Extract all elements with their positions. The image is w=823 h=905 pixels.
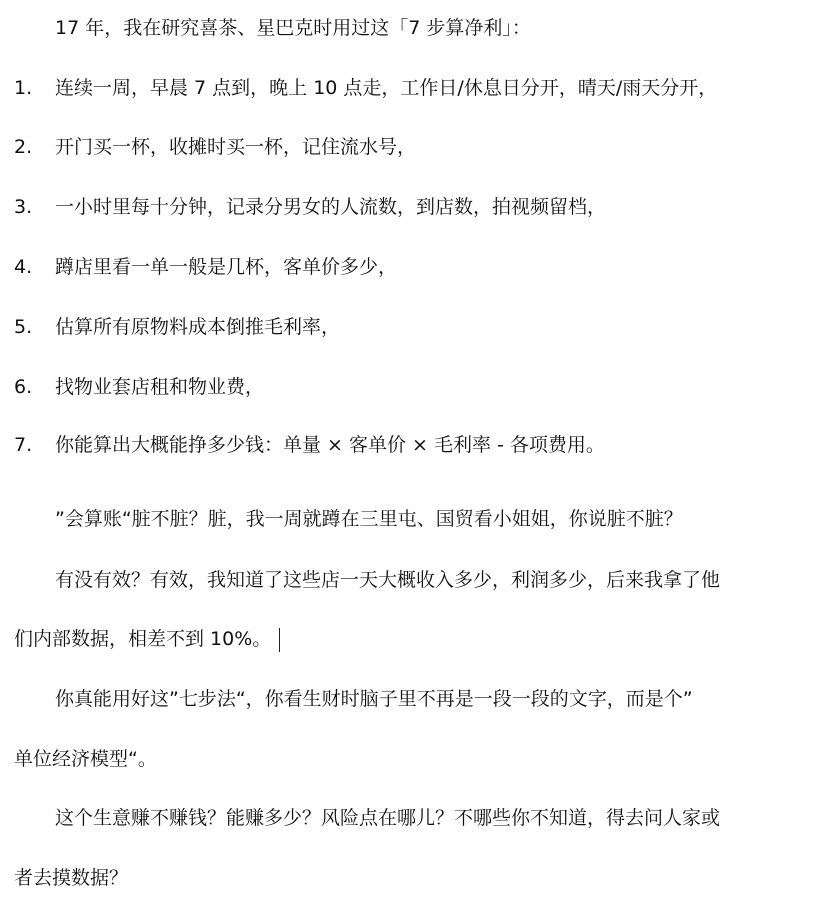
list-text: 一小时里每十分钟，记录分男女的人流数，到店数，拍视频留档，: [55, 195, 606, 219]
list-text: 找物业套店租和物业费，: [55, 375, 264, 399]
intro-text: 17 年，我在研究喜茶、星巴克时用过这「7 步算净利」：: [55, 16, 531, 40]
paragraph-line: 这个生意赚不赚钱？能赚多少？风险点在哪儿？不哪些你不知道，得去问人家或: [55, 806, 720, 830]
paragraph-line: 你真能用好这”七步法“，你看生财时脑子里不再是一段一段的文字，而是个”: [55, 687, 693, 711]
paragraph-line: 有没有效？有效，我知道了这些店一天大概收入多少，利润多少，后来我拿了他: [55, 568, 720, 592]
list-text: 连续一周，早晨 7 点到，晚上 10 点走，工作日/休息日分开，晴天/雨天分开，: [55, 76, 717, 100]
paragraph-line: ”会算账“脏不脏？脏，我一周就蹲在三里屯、国贸看小姐姐，你说脏不脏？: [55, 507, 683, 531]
text-cursor: [279, 628, 280, 652]
paragraph-line: 者去摸数据？: [14, 866, 128, 890]
list-number: 1.: [14, 76, 44, 100]
list-number: 6.: [14, 375, 44, 399]
list-number: 3.: [14, 195, 44, 219]
paragraph-line-with-caret[interactable]: 们内部数据，相差不到 10%。: [14, 627, 280, 652]
paragraph-line: 们内部数据，相差不到 10%。: [14, 628, 271, 650]
list-number: 7.: [14, 433, 44, 457]
paragraph-line: 单位经济模型“。: [14, 747, 157, 771]
list-text: 估算所有原物料成本倒推毛利率，: [55, 315, 340, 339]
list-number: 5.: [14, 315, 44, 339]
list-number: 2.: [14, 135, 44, 159]
list-text: 蹲店里看一单一般是几杯，客单价多少，: [55, 255, 397, 279]
list-text: 开门买一杯，收摊时买一杯，记住流水号，: [55, 135, 416, 159]
list-number: 4.: [14, 255, 44, 279]
list-text: 你能算出大概能挣多少钱：单量 × 客单价 × 毛利率 - 各项费用。: [55, 433, 605, 457]
